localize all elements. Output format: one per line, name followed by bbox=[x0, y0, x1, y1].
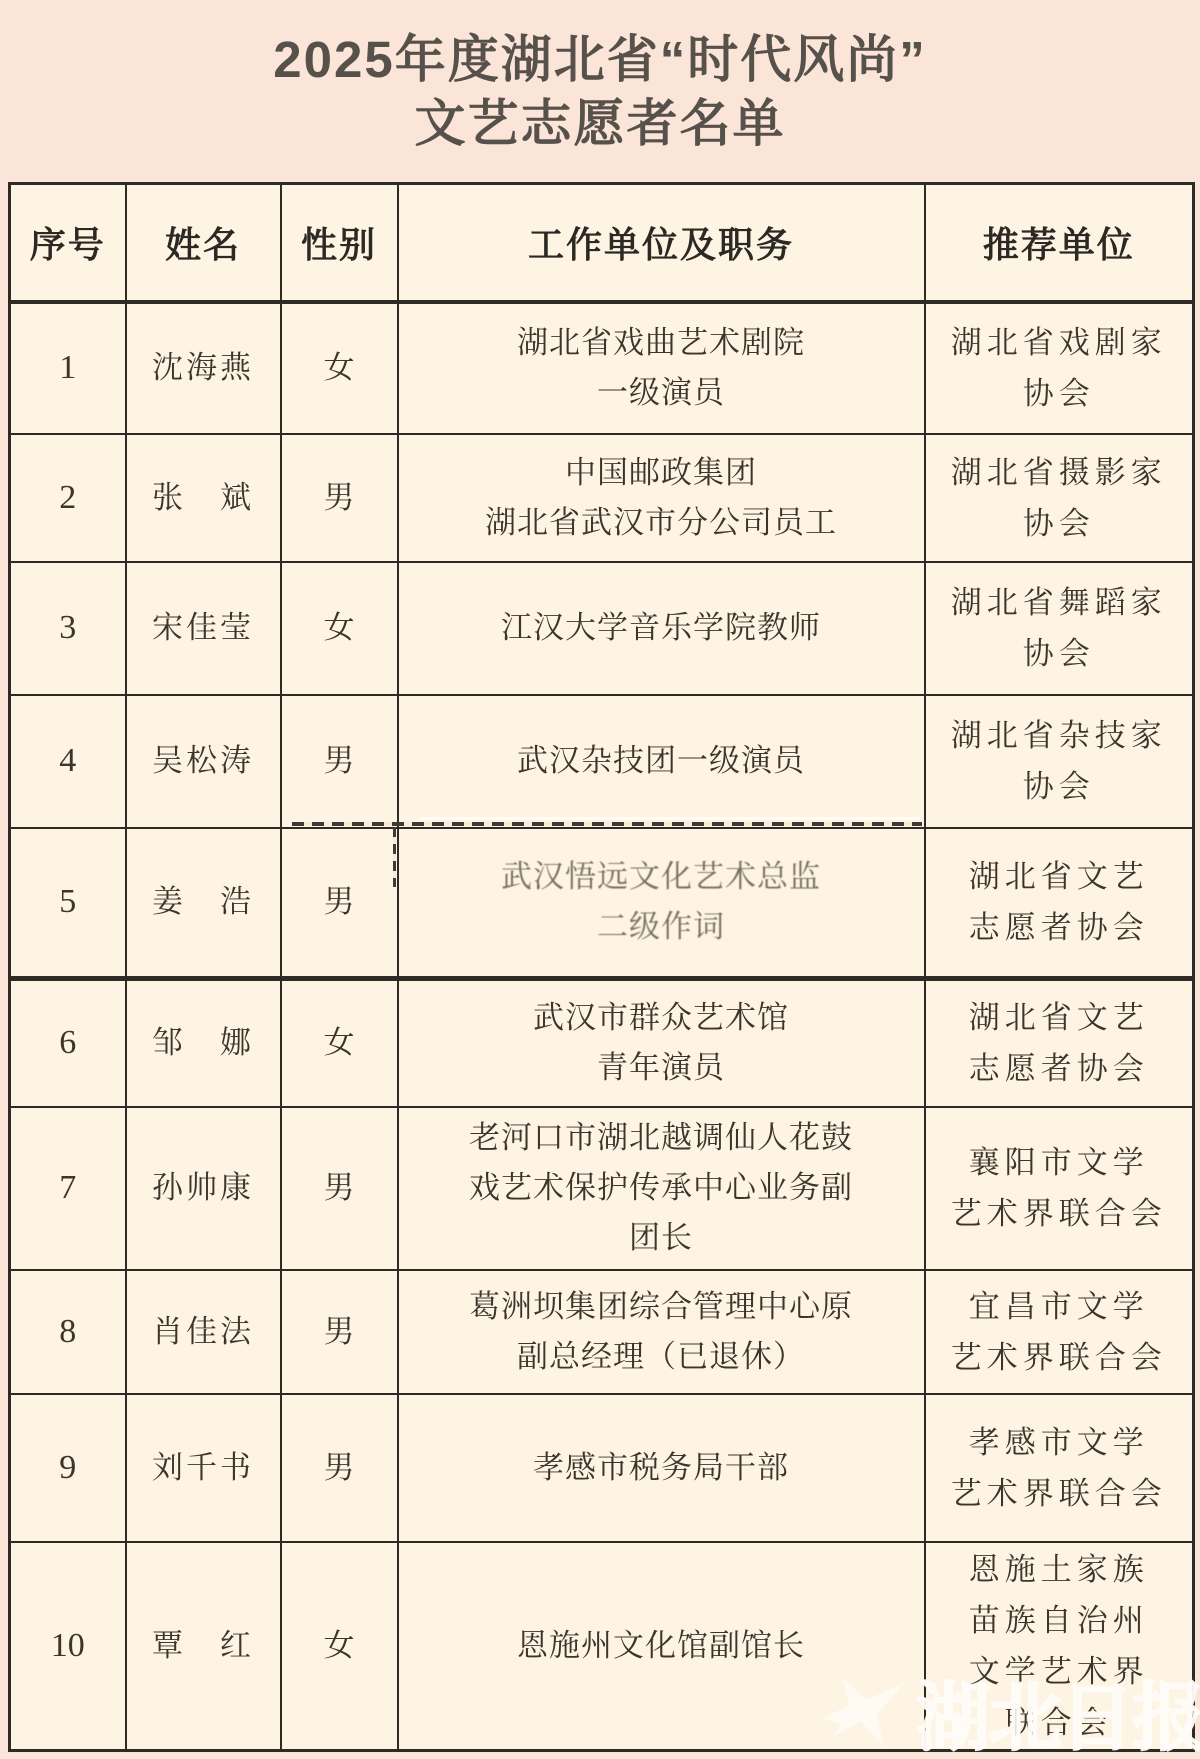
cell-recommending-unit: 恩施土家族 苗族自治州 文学艺术界 联合会 bbox=[925, 1542, 1194, 1751]
cell-recommending-unit: 襄阳市文学 艺术界联合会 bbox=[925, 1107, 1194, 1270]
cell-recommending-unit: 湖北省戏剧家 协会 bbox=[925, 302, 1194, 434]
cell-gender: 女 bbox=[281, 979, 398, 1107]
cell-name: 刘千书 bbox=[126, 1394, 281, 1542]
cell-gender: 女 bbox=[281, 302, 398, 434]
cell-name: 肖佳法 bbox=[126, 1270, 281, 1394]
cell-recommending-unit: 湖北省文艺 志愿者协会 bbox=[925, 828, 1194, 979]
header-gender: 性别 bbox=[281, 184, 398, 302]
cell-serial-number: 6 bbox=[10, 979, 126, 1107]
cell-gender: 男 bbox=[281, 1107, 398, 1270]
cell-gender: 男 bbox=[281, 1270, 398, 1394]
table-row: 8肖佳法男葛洲坝集团综合管理中心原 副总经理（已退休）宜昌市文学 艺术界联合会 bbox=[10, 1270, 1194, 1394]
cell-serial-number: 8 bbox=[10, 1270, 126, 1394]
cell-work-unit: 葛洲坝集团综合管理中心原 副总经理（已退休） bbox=[398, 1270, 925, 1394]
table-row: 6邹 娜女武汉市群众艺术馆 青年演员湖北省文艺 志愿者协会 bbox=[10, 979, 1194, 1107]
cell-serial-number: 1 bbox=[10, 302, 126, 434]
cell-recommending-unit: 湖北省摄影家 协会 bbox=[925, 434, 1194, 562]
cell-work-unit: 老河口市湖北越调仙人花鼓 戏艺术保护传承中心业务副 团长 bbox=[398, 1107, 925, 1270]
table-row: 3宋佳莹女江汉大学音乐学院教师湖北省舞蹈家 协会 bbox=[10, 562, 1194, 695]
cell-work-unit: 武汉杂技团一级演员 bbox=[398, 695, 925, 828]
cell-work-unit: 孝感市税务局干部 bbox=[398, 1394, 925, 1542]
cell-gender: 男 bbox=[281, 695, 398, 828]
cell-name: 姜 浩 bbox=[126, 828, 281, 979]
table-row: 10覃 红女恩施州文化馆副馆长恩施土家族 苗族自治州 文学艺术界 联合会 bbox=[10, 1542, 1194, 1751]
cell-recommending-unit: 湖北省文艺 志愿者协会 bbox=[925, 979, 1194, 1107]
cell-work-unit: 中国邮政集团 湖北省武汉市分公司员工 bbox=[398, 434, 925, 562]
cell-recommending-unit: 湖北省舞蹈家 协会 bbox=[925, 562, 1194, 695]
header-row: 序号 姓名 性别 工作单位及职务 推荐单位 bbox=[10, 184, 1194, 302]
cell-gender: 女 bbox=[281, 562, 398, 695]
cell-recommending-unit: 孝感市文学 艺术界联合会 bbox=[925, 1394, 1194, 1542]
cell-name: 邹 娜 bbox=[126, 979, 281, 1107]
cell-gender: 女 bbox=[281, 1542, 398, 1751]
document-title: 2025年度湖北省“时代风尚” 文艺志愿者名单 bbox=[0, 0, 1200, 182]
table-row: 2张 斌男中国邮政集团 湖北省武汉市分公司员工湖北省摄影家 协会 bbox=[10, 434, 1194, 562]
header-name: 姓名 bbox=[126, 184, 281, 302]
cell-serial-number: 10 bbox=[10, 1542, 126, 1751]
title-line-2: 文艺志愿者名单 bbox=[414, 96, 785, 152]
cell-name: 孙帅康 bbox=[126, 1107, 281, 1270]
cell-gender: 男 bbox=[281, 1394, 398, 1542]
roster-header: 序号 姓名 性别 工作单位及职务 推荐单位 bbox=[10, 184, 1194, 302]
cell-gender: 男 bbox=[281, 828, 398, 979]
cell-gender: 男 bbox=[281, 434, 398, 562]
roster-body: 1沈海燕女湖北省戏曲艺术剧院 一级演员湖北省戏剧家 协会2张 斌男中国邮政集团 … bbox=[10, 302, 1194, 1751]
table-row: 7孙帅康男老河口市湖北越调仙人花鼓 戏艺术保护传承中心业务副 团长襄阳市文学 艺… bbox=[10, 1107, 1194, 1270]
cell-name: 宋佳莹 bbox=[126, 562, 281, 695]
table-row: 9刘千书男孝感市税务局干部孝感市文学 艺术界联合会 bbox=[10, 1394, 1194, 1542]
cell-name: 沈海燕 bbox=[126, 302, 281, 434]
table-row: 1沈海燕女湖北省戏曲艺术剧院 一级演员湖北省戏剧家 协会 bbox=[10, 302, 1194, 434]
cell-name: 覃 红 bbox=[126, 1542, 281, 1751]
cell-name: 吴松涛 bbox=[126, 695, 281, 828]
table-row: 4吴松涛男武汉杂技团一级演员湖北省杂技家 协会 bbox=[10, 695, 1194, 828]
cell-work-unit: 湖北省戏曲艺术剧院 一级演员 bbox=[398, 302, 925, 434]
volunteer-roster-table: 序号 姓名 性别 工作单位及职务 推荐单位 1沈海燕女湖北省戏曲艺术剧院 一级演… bbox=[8, 182, 1195, 1752]
header-serial-number: 序号 bbox=[10, 184, 126, 302]
header-work-unit: 工作单位及职务 bbox=[398, 184, 925, 302]
cell-serial-number: 9 bbox=[10, 1394, 126, 1542]
cell-recommending-unit: 湖北省杂技家 协会 bbox=[925, 695, 1194, 828]
title-line-1: 2025年度湖北省“时代风尚” bbox=[273, 32, 926, 88]
cell-serial-number: 3 bbox=[10, 562, 126, 695]
table-row: 5姜 浩男武汉悟远文化艺术总监 二级作词湖北省文艺 志愿者协会 bbox=[10, 828, 1194, 979]
header-recommending-unit: 推荐单位 bbox=[925, 184, 1194, 302]
cell-serial-number: 7 bbox=[10, 1107, 126, 1270]
cell-work-unit: 武汉悟远文化艺术总监 二级作词 bbox=[398, 828, 925, 979]
cell-recommending-unit: 宜昌市文学 艺术界联合会 bbox=[925, 1270, 1194, 1394]
cell-work-unit: 武汉市群众艺术馆 青年演员 bbox=[398, 979, 925, 1107]
cell-name: 张 斌 bbox=[126, 434, 281, 562]
cell-work-unit: 江汉大学音乐学院教师 bbox=[398, 562, 925, 695]
page: { "page": { "title_line1": "2025年度湖北省“时代… bbox=[0, 0, 1200, 1759]
cell-serial-number: 5 bbox=[10, 828, 126, 979]
cell-serial-number: 4 bbox=[10, 695, 126, 828]
cell-serial-number: 2 bbox=[10, 434, 126, 562]
cell-work-unit: 恩施州文化馆副馆长 bbox=[398, 1542, 925, 1751]
